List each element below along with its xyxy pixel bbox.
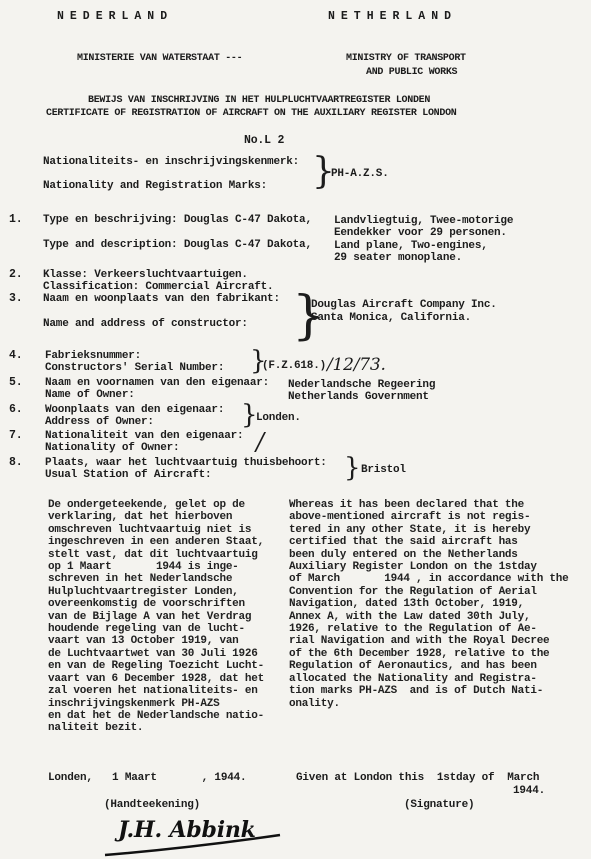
item-1-value-en-1: Land plane, Two-engines, (334, 240, 488, 252)
item-4-label-en: Constructors' Serial Number: (45, 362, 224, 374)
signature-label-english: (Signature) (404, 799, 474, 811)
item-7-label-en: Nationality of Owner: (45, 442, 179, 454)
item-4-value-handwritten: /12/73. (327, 356, 386, 374)
title-nl: BEWIJS VAN INSCHRIJVING IN HET HULPLUCHT… (88, 95, 430, 107)
item-8-label-nl: Plaats, waar het luchtvaartuig thuisbeho… (45, 457, 327, 469)
item-5-value-1: Nederlandsche Regeering (288, 379, 435, 391)
item-5-number: 5. (9, 377, 22, 389)
item-6-label-en: Address of Owner: (45, 416, 154, 428)
place-date-dutch: Londen, 1 Maart , 1944. (48, 772, 246, 784)
title-en: CERTIFICATE OF REGISTRATION OF AIRCRAFT … (46, 108, 456, 120)
item-5-label-en: Name of Owner: (45, 389, 135, 401)
item-1-value-nl-1: Landvliegtuig, Twee-motorige (334, 215, 513, 227)
item-4-label-nl: Fabrieksnummer: (45, 350, 141, 362)
ministry-en-line1: MINISTRY OF TRANSPORT (346, 53, 466, 65)
year-english: 1944. (513, 785, 545, 797)
item-8-value: Bristol (361, 464, 406, 476)
marks-value: PH-A.Z.S. (331, 168, 389, 180)
brace-station: } (344, 453, 361, 483)
item-4-number: 4. (9, 350, 22, 362)
item-3-label-en: Name and address of constructor: (43, 318, 248, 330)
item-2-label-nl: Klasse: Verkeersluchtvaartuigen. (43, 269, 248, 281)
country-nl: NEDERLAND (57, 11, 173, 23)
place-date-english: Given at London this 1stday of March (296, 772, 539, 784)
item-3-value-2: Santa Monica, California. (311, 312, 471, 324)
marks-label-nl: Nationaliteits- en inschrijvingskenmerk: (43, 156, 299, 168)
item-2-label-en: Classification: Commercial Aircraft. (43, 281, 273, 293)
item-5-label-nl: Naam en voornamen van den eigenaar: (45, 377, 269, 389)
item-6-value: Londen. (256, 412, 301, 424)
signature-label-dutch: (Handteekening) (104, 799, 200, 811)
item-4-value-typed: (F.Z.618.) (262, 360, 326, 372)
signature-underline (100, 830, 290, 859)
item-1-value-nl-2: Eendekker voor 29 personen. (334, 227, 507, 239)
item-7-value-slash: / (256, 428, 264, 456)
item-2-number: 2. (9, 269, 22, 281)
item-1-label-en: Type and description: Douglas C-47 Dakot… (43, 239, 312, 251)
item-6-label-nl: Woonplaats van den eigenaar: (45, 404, 224, 416)
item-3-value-1: Douglas Aircraft Company Inc. (311, 299, 497, 311)
declaration-dutch: De ondergeteekende, gelet op de verklari… (48, 499, 264, 735)
item-6-number: 6. (9, 404, 22, 416)
item-3-label-nl: Naam en woonplaats van den fabrikant: (43, 293, 280, 305)
item-7-number: 7. (9, 430, 22, 442)
item-1-number: 1. (9, 214, 22, 226)
ministry-nl: MINISTERIE VAN WATERSTAAT --- (77, 53, 242, 65)
item-3-number: 3. (9, 293, 22, 305)
item-1-value-en-2: 29 seater monoplane. (334, 252, 462, 264)
item-1-label-nl: Type en beschrijving: Douglas C-47 Dakot… (43, 214, 312, 226)
item-8-label-en: Usual Station of Aircraft: (45, 469, 211, 481)
item-7-label-nl: Nationaliteit van den eigenaar: (45, 430, 243, 442)
marks-label-en: Nationality and Registration Marks: (43, 180, 267, 192)
item-8-number: 8. (9, 457, 22, 469)
country-en: NETHERLAND (328, 11, 457, 23)
declaration-english: Whereas it has been declared that the ab… (289, 499, 568, 710)
ministry-en-line2: AND PUBLIC WORKS (366, 67, 457, 79)
certificate-number: No.L 2 (244, 135, 284, 147)
item-5-value-2: Netherlands Government (288, 391, 429, 403)
